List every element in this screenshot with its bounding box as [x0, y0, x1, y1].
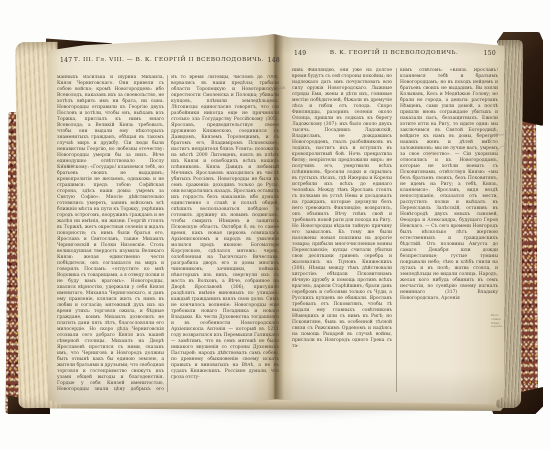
- margin-topic-note: Бѣд- ствія Нова- города.: [491, 314, 511, 329]
- right-page-header: 149 В. К. ГЕОРГІЙ II ВСЕВОЛОДОВИЧЬ. 150: [292, 50, 496, 60]
- column-number-148: 148: [268, 57, 280, 64]
- text-column-147: манныхъ Василька и шурина Михаила, Князя…: [57, 75, 164, 392]
- open-pages: 147 Т. III. Гл. VIII. — В. К. ГЕОРГІЙ II…: [48, 34, 504, 404]
- text-column-150: кимъ отвѣтомъ: «Князь Ярославъ! кланяемс…: [400, 68, 498, 392]
- column-divider-left-page: [167, 75, 168, 392]
- right-running-title: В. К. ГЕОРГІЙ II ВСЕВОЛОДОВИЧЬ.: [292, 50, 496, 56]
- left-page-header: 147 Т. III. Гл. VIII. — В. К. ГЕОРГІЙ II…: [58, 57, 280, 67]
- text-column-148: Въ то время Литовцы, числомъ до 7000, во…: [171, 75, 279, 392]
- photo-background: { "scene": { "background_color": "#fdfdf…: [0, 0, 550, 450]
- text-column-149: нивъ Финляндію, они уже на долгое время …: [292, 68, 392, 392]
- margin-topic-line: города.: [491, 325, 511, 329]
- column-number-150: 150: [484, 50, 496, 57]
- column-divider-right-page: [396, 68, 397, 392]
- margin-year-note-right: 1228.: [277, 86, 286, 90]
- left-running-title: Т. III. Гл. VIII. — В. К. ГЕОРГІЙ II ВСЕ…: [58, 57, 280, 63]
